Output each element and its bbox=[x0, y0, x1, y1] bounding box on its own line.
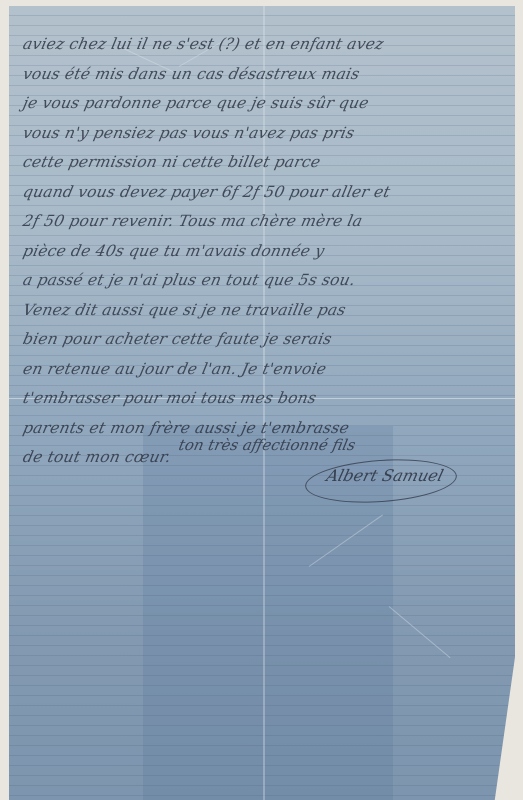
text-line: aviez chez lui il ne s'est (?) et en enf… bbox=[20, 30, 506, 60]
text-line: Venez dit aussi que si je ne travaille p… bbox=[20, 296, 506, 326]
letter-body: aviez chez lui il ne s'est (?) et en enf… bbox=[23, 30, 503, 473]
text-line: vous n'y pensiez pas vous n'avez pas pri… bbox=[20, 119, 506, 149]
closing-salutation: ton très affectionné fils bbox=[177, 436, 357, 454]
text-line: t'embrasser pour moi tous mes bons bbox=[20, 384, 506, 414]
text-line: a passé et je n'ai plus en tout que 5s s… bbox=[20, 266, 506, 296]
text-line: quand vous devez payer 6f 2f 50 pour all… bbox=[20, 178, 506, 208]
letter-paper: aviez chez lui il ne s'est (?) et en enf… bbox=[9, 6, 515, 800]
text-line: bien pour acheter cette faute je serais bbox=[20, 325, 506, 355]
signature: Albert Samuel bbox=[305, 456, 465, 504]
text-line: 2f 50 pour revenir. Tous ma chère mère l… bbox=[20, 207, 506, 237]
text-line: vous été mis dans un cas désastreux mais bbox=[20, 60, 506, 90]
text-line: pièce de 40s que tu m'avais donnée y bbox=[20, 237, 506, 267]
text-line: en retenue au jour de l'an. Je t'envoie bbox=[20, 355, 506, 385]
paper-crease bbox=[389, 606, 451, 658]
signature-name: Albert Samuel bbox=[325, 466, 446, 485]
text-line: je vous pardonne parce que je suis sûr q… bbox=[20, 89, 506, 119]
text-line: cette permission ni cette billet parce bbox=[20, 148, 506, 178]
